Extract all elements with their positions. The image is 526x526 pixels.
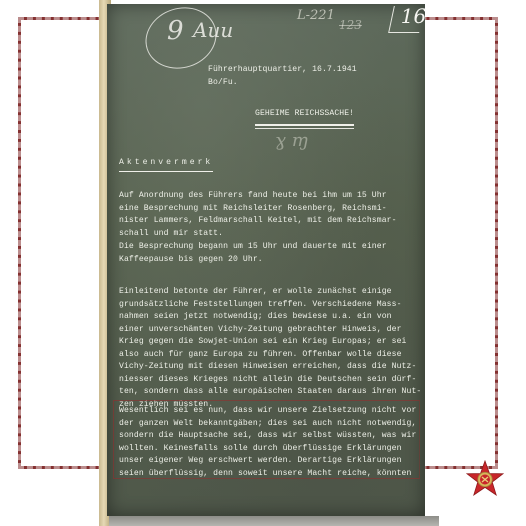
handwritten-reference: L-221: [297, 8, 335, 23]
document-page: 9 Auu L-221 123 16 ɣ ɱ Führerhauptquarti…: [107, 4, 425, 516]
handwritten-signature: Auu: [193, 18, 233, 42]
paragraph: Auf Anordnung des Führers fand heute bei…: [119, 190, 397, 240]
handwritten-number: 9: [167, 16, 184, 46]
paragraph: Wesentlich sei es nun, dass wir unsere Z…: [119, 405, 416, 480]
place-date: Führerhauptquartier, 16.7.1941: [208, 64, 357, 77]
page-bottom-edge: [109, 516, 439, 526]
page-number-text: 16: [401, 4, 426, 28]
handwritten-scribble: ɣ ɱ: [275, 130, 309, 151]
handwritten-struck-reference: 123: [339, 18, 362, 32]
handwritten-page-number: 16: [388, 6, 425, 33]
red-star-badge-icon: [466, 460, 504, 498]
reference-initials: Bo/Fu.: [208, 77, 238, 90]
classification-stamp: GEHEIME REICHSSACHE!: [255, 108, 354, 126]
document-scan: 9 Auu L-221 123 16 ɣ ɱ Führerhauptquarti…: [99, 0, 429, 526]
document-title: Aktenvermerk: [119, 157, 213, 172]
paragraph: Die Besprechung begann um 15 Uhr und dau…: [119, 241, 387, 266]
paragraph: Einleitend betonte der Führer, er wolle …: [119, 286, 421, 411]
